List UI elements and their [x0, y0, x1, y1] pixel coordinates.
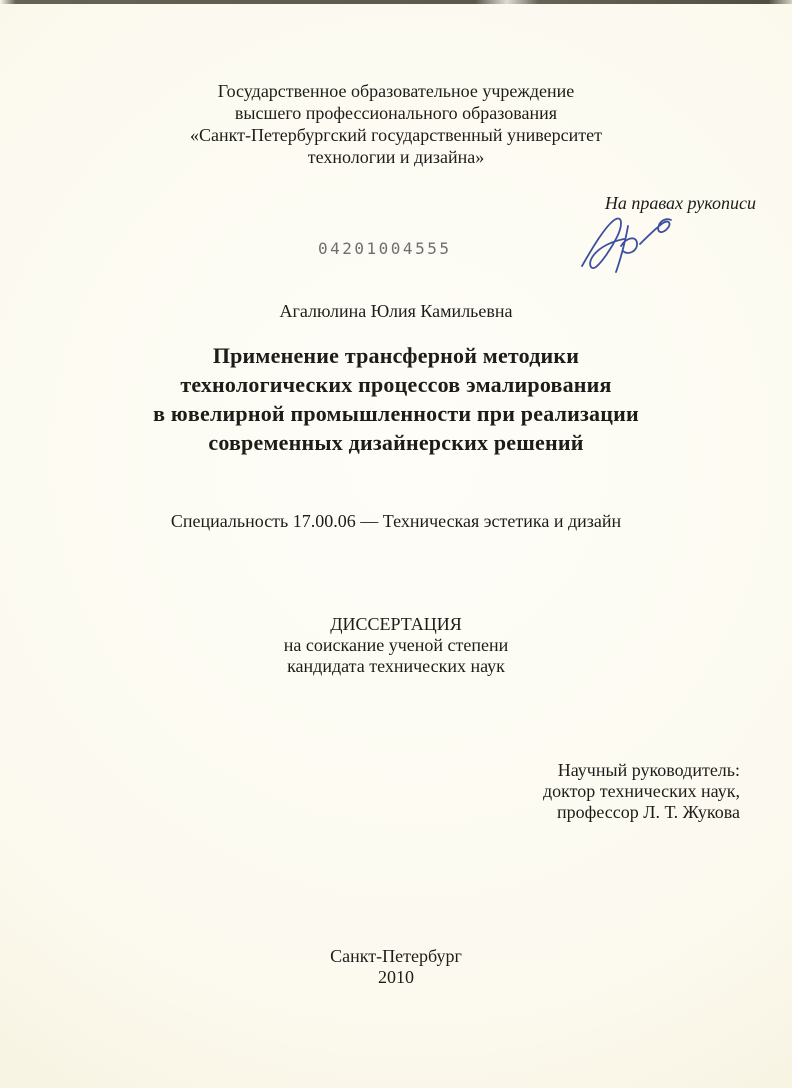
degree-line: кандидата технических наук	[0, 656, 792, 677]
dissertation-degree-block: ДИССЕРТАЦИЯ на соискание ученой степени …	[0, 614, 792, 677]
dissertation-label: ДИССЕРТАЦИЯ	[0, 614, 792, 635]
institution-line: Государственное образовательное учрежден…	[0, 80, 792, 102]
advisor-line: Научный руководитель:	[543, 760, 740, 781]
institution-block: Государственное образовательное учрежден…	[0, 80, 792, 168]
scan-edge-artifact	[0, 0, 792, 4]
author-name: Агалюлина Юлия Камильевна	[0, 301, 792, 322]
registration-number-stamp: 04201004555	[318, 239, 451, 258]
degree-line: на соискание ученой степени	[0, 635, 792, 656]
advisor-block: Научный руководитель: доктор технических…	[543, 760, 740, 823]
title-line: Применение трансферной методики	[0, 341, 792, 370]
dissertation-title: Применение трансферной методики технолог…	[0, 341, 792, 457]
signature	[572, 210, 687, 280]
advisor-line: профессор Л. Т. Жукова	[543, 802, 740, 823]
specialty-line: Специальность 17.00.06 — Техническая эст…	[0, 511, 792, 532]
signature-stroke	[582, 218, 671, 272]
advisor-line: доктор технических наук,	[543, 781, 740, 802]
title-line: в ювелирной промышленности при реализаци…	[0, 399, 792, 428]
imprint-block: Санкт-Петербург 2010	[0, 946, 792, 988]
scanned-title-page: Государственное образовательное учрежден…	[0, 0, 792, 1088]
institution-line: «Санкт-Петербургский государственный уни…	[0, 124, 792, 146]
institution-line: технологии и дизайна»	[0, 146, 792, 168]
city: Санкт-Петербург	[0, 946, 792, 967]
year: 2010	[0, 967, 792, 988]
signature-ink-icon	[572, 210, 687, 280]
title-line: технологических процессов эмалирования	[0, 370, 792, 399]
title-line: современных дизайнерских решений	[0, 428, 792, 457]
institution-line: высшего профессионального образования	[0, 102, 792, 124]
